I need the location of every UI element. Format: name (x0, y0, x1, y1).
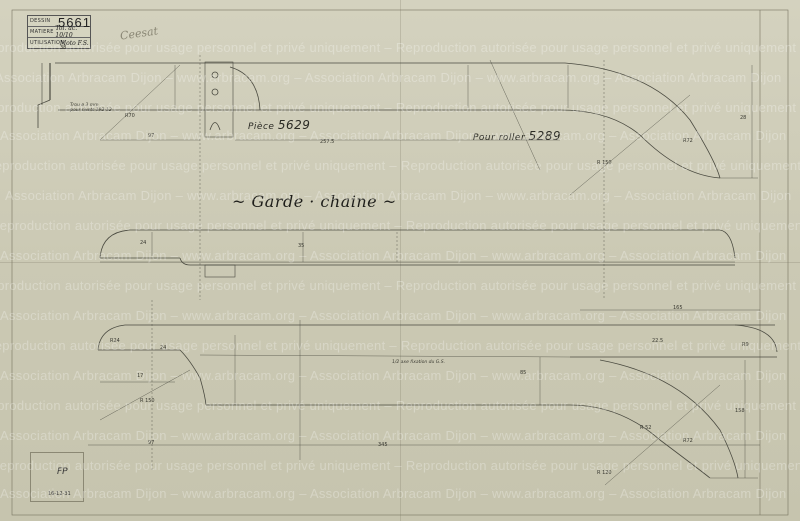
dim-24-mid: 24 (140, 240, 146, 246)
dessin-label: DESSIN (28, 18, 60, 24)
watermark-line: Association Arbracam Dijon – www.arbraca… (0, 308, 787, 323)
watermark-line: Association Arbracam Dijon – www.arbraca… (0, 428, 787, 443)
watermark-line: Reproduction autorisée pour usage person… (0, 100, 796, 115)
matiere-label: MATIERE (28, 29, 55, 35)
watermark-line: Association Arbracam Dijon – www.arbraca… (5, 188, 792, 203)
watermark-line: Association Arbracam Dijon – www.arbraca… (0, 128, 787, 143)
drawing-sheet: DESSIN MATIERETol. ac. 10/10 UTILISATION… (0, 0, 800, 521)
drawing-number: 5661 (58, 15, 91, 30)
note-axis: 1/2 axe fixation du G.S. (392, 360, 445, 365)
watermark-line: Reproduction autorisée pour usage person… (0, 278, 796, 293)
watermark-line: Reproduction autorisée pour usage person… (0, 218, 800, 233)
watermark-line: Reproduction autorisée pour usage person… (0, 158, 800, 173)
watermark-line: Reproduction autorisée pour usage person… (0, 398, 796, 413)
watermark-line: Association Arbracam Dijon – www.arbraca… (0, 70, 782, 85)
watermark-line: Reproduction autorisée pour usage person… (0, 40, 796, 55)
dim-172: 28 (740, 115, 746, 121)
watermark-line: Association Arbracam Dijon – www.arbraca… (0, 368, 787, 383)
watermark-line: Association Arbracam Dijon – www.arbraca… (0, 248, 787, 263)
watermark-line: Association Arbracam Dijon – www.arbraca… (0, 486, 787, 501)
watermark-line: Reproduction autorisée pour usage person… (0, 338, 800, 353)
watermark-line: Reproduction autorisée pour usage person… (0, 458, 800, 473)
